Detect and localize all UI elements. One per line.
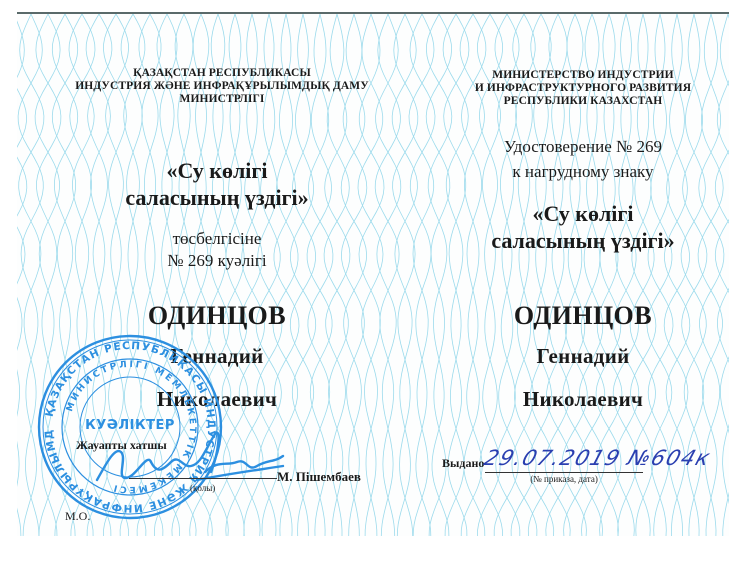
holder-surname: ОДИНЦОВ (77, 301, 357, 331)
header-line: ҚАЗАҚСТАН РЕСПУБЛИКАСЫ (17, 67, 427, 80)
certificate-sheet: ҚАЗАҚСТАН РЕСПУБЛИКАСЫ ИНДУСТРИЯ ЖӘНЕ ИН… (17, 12, 729, 536)
issued-line (485, 472, 643, 473)
award-line: «Су көлігі (77, 157, 357, 184)
header-line: ИНДУСТРИЯ ЖӘНЕ ИНФРАҚҰРЫЛЫМДЫҚ ДАМУ (17, 80, 427, 93)
certificate-number-kz: № 269 куәлігі (77, 250, 357, 271)
header-line: МИНИСТЕРСТВО ИНДУСТРИИ (433, 69, 729, 82)
issued-label: Выдано (442, 456, 484, 471)
issued-value-handwritten: 29.07.2019 №604к (481, 446, 714, 470)
award-title-ru: «Су көлігі саласының үздігі» (433, 200, 729, 254)
signature-line (129, 478, 277, 479)
issued-caption: (№ приказа, дата) (485, 474, 643, 484)
ministry-header-ru: МИНИСТЕРСТВО ИНДУСТРИИ И ИНФРАСТРУКТУРНО… (433, 69, 729, 108)
award-line: саласының үздігі» (77, 184, 357, 211)
certificate-number-ru: Удостоверение № 269 (433, 136, 729, 157)
award-line: «Су көлігі (433, 200, 729, 227)
holder-first-name: Геннадий (433, 344, 729, 369)
left-page: ҚАЗАҚСТАН РЕСПУБЛИКАСЫ ИНДУСТРИЯ ЖӘНЕ ИН… (17, 14, 373, 536)
right-page: МИНИСТЕРСТВО ИНДУСТРИИ И ИНФРАСТРУКТУРНО… (373, 14, 729, 536)
signature-caption: (қолы) (190, 483, 215, 493)
handwritten-signature-icon (87, 422, 287, 492)
seal-label: М.О. (65, 509, 90, 524)
header-line: И ИНФРАСТРУКТУРНОГО РАЗВИТИЯ (433, 82, 729, 95)
ministry-header-kz: ҚАЗАҚСТАН РЕСПУБЛИКАСЫ ИНДУСТРИЯ ЖӘНЕ ИН… (17, 67, 427, 106)
holder-patronymic: Николаевич (433, 387, 729, 412)
header-line: РЕСПУБЛИКИ КАЗАХСТАН (433, 95, 729, 108)
award-line: саласының үздігі» (433, 227, 729, 254)
signatory-name: М. Пішембаев (277, 469, 361, 485)
badge-line-ru: к нагрудному знаку (433, 161, 729, 182)
badge-line-kz: төсбелгісіне (77, 228, 357, 249)
award-title-kz: «Су көлігі саласының үздігі» (77, 157, 357, 211)
header-line: МИНИСТРЛІГІ (17, 93, 427, 106)
holder-surname: ОДИНЦОВ (433, 301, 729, 331)
